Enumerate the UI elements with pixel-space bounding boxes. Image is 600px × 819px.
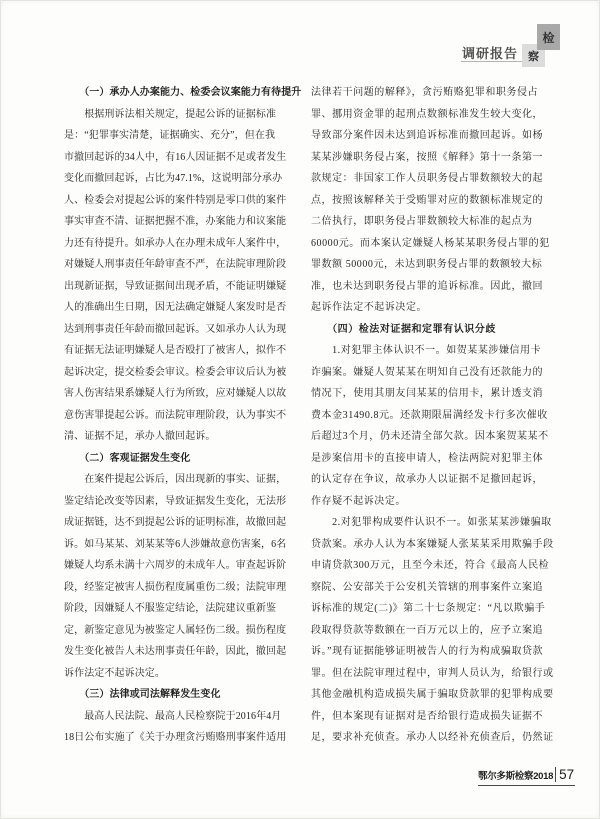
- section-label: 调研报告: [462, 43, 518, 62]
- section-heading-line: （三）法律或司法解释发生变化: [64, 684, 294, 706]
- text-line: 足，要求补充侦查。承办人以经补充侦查后，仍然证: [311, 727, 555, 749]
- text-line: 鉴定结论改变等因素，导致证据发生变化，无法形: [64, 491, 294, 513]
- text-line: 1.对犯罪主体认识不一。如贺某某涉嫌信用卡: [311, 340, 555, 362]
- text-line: 是涉案信用卡的直接申请人，检法两院对犯罪主体: [311, 448, 555, 470]
- text-line: 意伤害罪提起公诉。而法院审理阶段，认为事实不: [64, 405, 294, 427]
- text-line: 人、检委会对提起公诉的案件特别是零口供的案件: [64, 190, 294, 212]
- text-line: 起诉决定，提交检委会审议。检委会审议后认为被: [64, 362, 294, 384]
- text-line: 事实审查不清、证据把握不准，办案能力和议案能: [64, 211, 294, 233]
- text-line: 后超过3个月，仍未还清全部欠款。因本案贺某某不: [311, 426, 555, 448]
- article-body: （一）承办人办案能力、检委会议案能力有待提升 根据刑诉法相关规定，提起公诉的证据…: [64, 82, 555, 749]
- text-line: 2.对犯罪构成要件认识不一。如张某某涉嫌骗取: [311, 512, 555, 534]
- section-heading-line: （四）检法对证据和定罪有认识分歧: [311, 319, 555, 341]
- text-line: 发生变化被告人未达刑事责任年龄，因此，撤回起: [64, 641, 294, 663]
- text-line: 清、证据不足，承办人撤回起诉。: [64, 426, 294, 448]
- section-heading-line: （二）客观证据发生变化: [64, 448, 294, 470]
- text-line: 准，也未达到职务侵占罪的追诉标准。因此，撤回: [311, 276, 555, 298]
- journal-page: 调研报告 察 检 （一）承办人办案能力、检委会议案能力有待提升 根据刑诉法相关规…: [0, 0, 600, 819]
- text-line: 其他金融机构造成损失属于骗取贷款罪的犯罪构成要: [311, 684, 555, 706]
- journal-title: 鄂尔多斯检察2018: [478, 768, 553, 782]
- text-line: 诉标准的规定(二)》第二十七条规定：“凡以欺骗手: [311, 598, 555, 620]
- text-line: 达到刑事责任年龄而撤回起诉。又如承办人认为现: [64, 319, 294, 341]
- text-line: 诈骗案。嫌疑人贺某某在明知自己没有还款能力的: [311, 362, 555, 384]
- footer-divider: [555, 767, 556, 782]
- text-line: 是：“犯罪事实清楚，证据确实、充分”，但在我: [64, 125, 294, 147]
- text-line: 点，按照该解释关于受贿罪对应的数额标准规定的: [311, 190, 555, 212]
- text-line: 段，经鉴定被害人损伤程度属重伤二级；法院审理: [64, 577, 294, 599]
- text-line: 力还有待提升。如承办人在办理未成年人案件中，: [64, 233, 294, 255]
- page-number: 57: [559, 767, 574, 782]
- text-line: 申请贷款300万元，且至今未还，符合《最高人民检: [311, 555, 555, 577]
- text-line: 60000元。而本案认定嫌疑人杨某某职务侵占罪的犯: [311, 233, 555, 255]
- text-line: 定，新鉴定意见为被鉴定人属轻伤二级。损伤程度: [64, 620, 294, 642]
- text-line: 害人伤害结果系嫌疑人行为所致，应对嫌疑人以故: [64, 383, 294, 405]
- right-column: 法律若干问题的解释》，贪污贿赂犯罪和职务侵占罪、挪用资金罪的起刑点数额标准发生较…: [311, 82, 555, 749]
- text-line: 根据刑诉法相关规定，提起公诉的证据标准: [64, 104, 294, 126]
- text-line: 阶段，因嫌疑人不服鉴定结论，法院建议重新鉴: [64, 598, 294, 620]
- text-line: 作存疑不起诉决定。: [311, 491, 555, 513]
- text-line: 段取得贷款等数额在一百万元以上的，应予立案追: [311, 620, 555, 642]
- text-line: 市撤回起诉的34人中，有16人因证据不足或者发生: [64, 147, 294, 169]
- text-line: 最高人民法院、最高人民检察院于2016年4月: [64, 706, 294, 728]
- left-column: （一）承办人办案能力、检委会议案能力有待提升 根据刑诉法相关规定，提起公诉的证据…: [64, 82, 294, 749]
- text-line: 诉。”现有证据能够证明被告人的行为构成骗取贷款: [311, 641, 555, 663]
- text-line: 情况下，使用其朋友闫某某的信用卡，累计透支消: [311, 383, 555, 405]
- text-line: 款规定：非国家工作人员职务侵占罪数额较大的起: [311, 168, 555, 190]
- corner-tag-jian: 检: [537, 24, 560, 50]
- text-line: 二倍执行，即职务侵占罪数额较大标准的起点为: [311, 211, 555, 233]
- text-line: 对嫌疑人刑事责任年龄审查不严，在法院审理阶段: [64, 254, 294, 276]
- text-line: 变化而撤回起诉，占比为47.1%，这说明部分承办: [64, 168, 294, 190]
- text-line: 18日公布实施了《关于办理贪污贿赂刑事案件适用: [64, 727, 294, 749]
- text-line: 贷款案。承办人认为本案嫌疑人张某某采用欺骗手段: [311, 534, 555, 556]
- text-line: 有证据无法证明嫌疑人是否殴打了被害人，拟作不: [64, 340, 294, 362]
- text-line: 件，但本案现有证据对是否给银行造成损失证据不: [311, 706, 555, 728]
- text-line: 法律若干问题的解释》，贪污贿赂犯罪和职务侵占: [311, 82, 555, 104]
- text-line: 导致部分案件因未达到追诉标准而撤回起诉。如杨: [311, 125, 555, 147]
- text-line: 诉作法定不起诉决定。: [64, 663, 294, 685]
- page-footer: 鄂尔多斯检察2018 57: [478, 767, 575, 786]
- text-line: 察院、公安部关于公安机关管辖的刑事案件立案追: [311, 577, 555, 599]
- text-line: 某某涉嫌职务侵占案，按照《解释》第十一条第一: [311, 147, 555, 169]
- text-line: 罪、挪用资金罪的起刑点数额标准发生较大变化，: [311, 104, 555, 126]
- text-line: 成证据链，达不到提起公诉的证明标准，故撤回起: [64, 512, 294, 534]
- text-line: 的认定存在争议，故承办人以证据不足撤回起诉，: [311, 469, 555, 491]
- text-line: 罪数额 50000元，未达到职务侵占罪的数额较大标: [311, 254, 555, 276]
- text-line: 在案件提起公诉后，因出现新的事实、证据，: [64, 469, 294, 491]
- text-line: 罪。但在法院审理过程中，审判人员认为，给银行或: [311, 663, 555, 685]
- text-line: 诉。如马某某、刘某某等6人涉嫌故意伤害案，6名: [64, 534, 294, 556]
- text-line: 嫌疑人均系未满十六周岁的未成年人。审查起诉阶: [64, 555, 294, 577]
- text-line: 人的准确出生日期，因无法确定嫌疑人案发时是否: [64, 297, 294, 319]
- text-line: 费本金31490.8元。还款期限届满经发卡行多次催收: [311, 405, 555, 427]
- section-heading-line: （一）承办人办案能力、检委会议案能力有待提升: [64, 82, 294, 104]
- text-line: 起诉作法定不起诉决定。: [311, 297, 555, 319]
- text-line: 出现新证据，导致证据间出现矛盾，不能证明嫌疑: [64, 276, 294, 298]
